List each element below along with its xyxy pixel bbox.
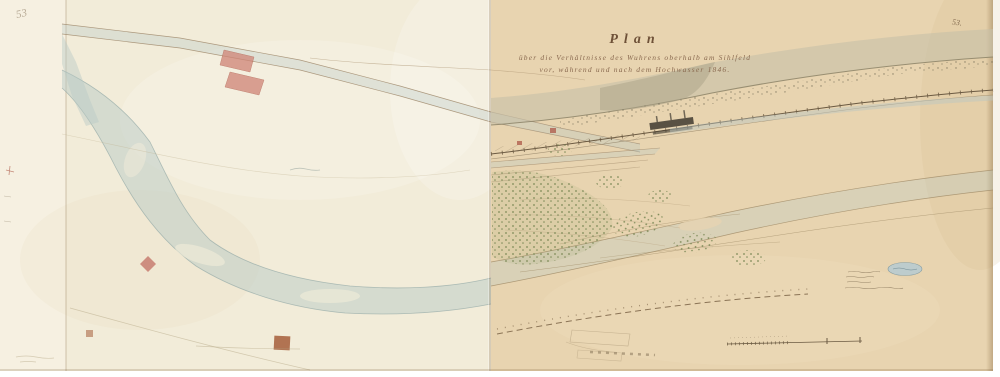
title-block: Plan über die Verhältnisse des Wuhrens o… [480, 32, 790, 74]
map-subtitle: über die Verhältnisse des Wuhrens oberha… [480, 53, 790, 62]
building [550, 128, 556, 133]
building [274, 336, 291, 351]
sheet-number-right: 53. [951, 17, 962, 27]
building [517, 141, 522, 145]
map-title: Plan [480, 32, 790, 48]
sandbank [300, 289, 360, 303]
sheet-number-left: 53 [15, 7, 28, 21]
map-subtitle-2: vor, während und nach dem Hochwasser 184… [480, 65, 790, 74]
building [86, 330, 93, 337]
scanned-map-sheet: Plan über die Verhältnisse des Wuhrens o… [0, 0, 1000, 377]
